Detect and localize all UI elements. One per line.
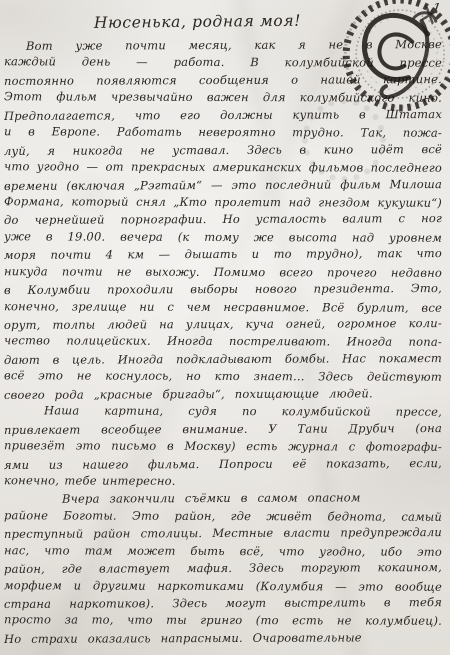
letter-line: преступный район столицы. Местные власти…: [4, 524, 442, 543]
letter-line: Вчера закончили съёмки в самом опасном: [4, 489, 442, 508]
letter-line: ями из нашего фильма. Попроси её показат…: [4, 455, 442, 474]
letter-line: и в Европе. Работать невероятно трудно. …: [4, 123, 442, 142]
letter-line: конечно, зрелище ни с чем несравнимое. В…: [4, 298, 442, 317]
letter-line: что угодно — от прекрасных американских …: [4, 158, 442, 177]
letter-line: моря почти 4 км — дышать и то трудно), т…: [4, 245, 442, 264]
letter-line: луй, я никогда не уставал. Здесь в кино …: [4, 141, 442, 160]
letter-line: в Колумбии проходили выборы нового прези…: [4, 280, 442, 299]
letter-line: район, где властвует мафия. Здесь торгую…: [4, 559, 442, 578]
letter-line: привлекает всеобщее внимание. У Тани Дру…: [4, 420, 442, 439]
letter-line: никуда почти не выхожу. Помимо всего про…: [4, 263, 442, 282]
letter-page: 1 Нюсенька, родная моя! Вот уже почти ме…: [0, 0, 450, 655]
letter-body: Вот уже почти месяц, как я не в Москве к…: [0, 37, 450, 647]
letter-line: просто за то, что ты гринго (то есть не …: [4, 612, 442, 631]
letter-line: привезёт это письмо в Москву) есть журна…: [4, 437, 442, 456]
letter-line: конечно, тебе интересно.: [4, 472, 442, 491]
letter-line: районе Боготы. Это район, где живёт бедн…: [4, 507, 442, 526]
letter-line: морфием и другими наркотиками (Колумбия …: [4, 577, 442, 596]
letter-line: нас, что там может быть всё, что угодно,…: [4, 542, 442, 561]
letter-line: чество полицейских. Иногда постреливают.…: [4, 333, 442, 352]
letter-line: всё это не коснулось, но кто знает... Зд…: [4, 368, 442, 387]
letter-line: Наша картина, судя по колумбийской пресс…: [4, 402, 442, 421]
letter-line: дают в цель. Иногда подкладывают бомбы. …: [4, 350, 442, 369]
letter-line: Формана, который снял „Кто пролетит над …: [4, 193, 442, 212]
letter-line: времени (включая „Рэгтайм“ — это последн…: [4, 176, 442, 195]
letter-line: Но страхи оказались напрасными. Очароват…: [4, 629, 442, 648]
letter-line: до чернейшей порнографии. Но усталость в…: [4, 210, 442, 229]
ink-stamp-icon: [325, 0, 450, 128]
letter-line: уже в 19.00. вечера (к тому же высота на…: [4, 228, 442, 247]
letter-line: своего рода „красные бригады“, похищающи…: [4, 385, 442, 404]
